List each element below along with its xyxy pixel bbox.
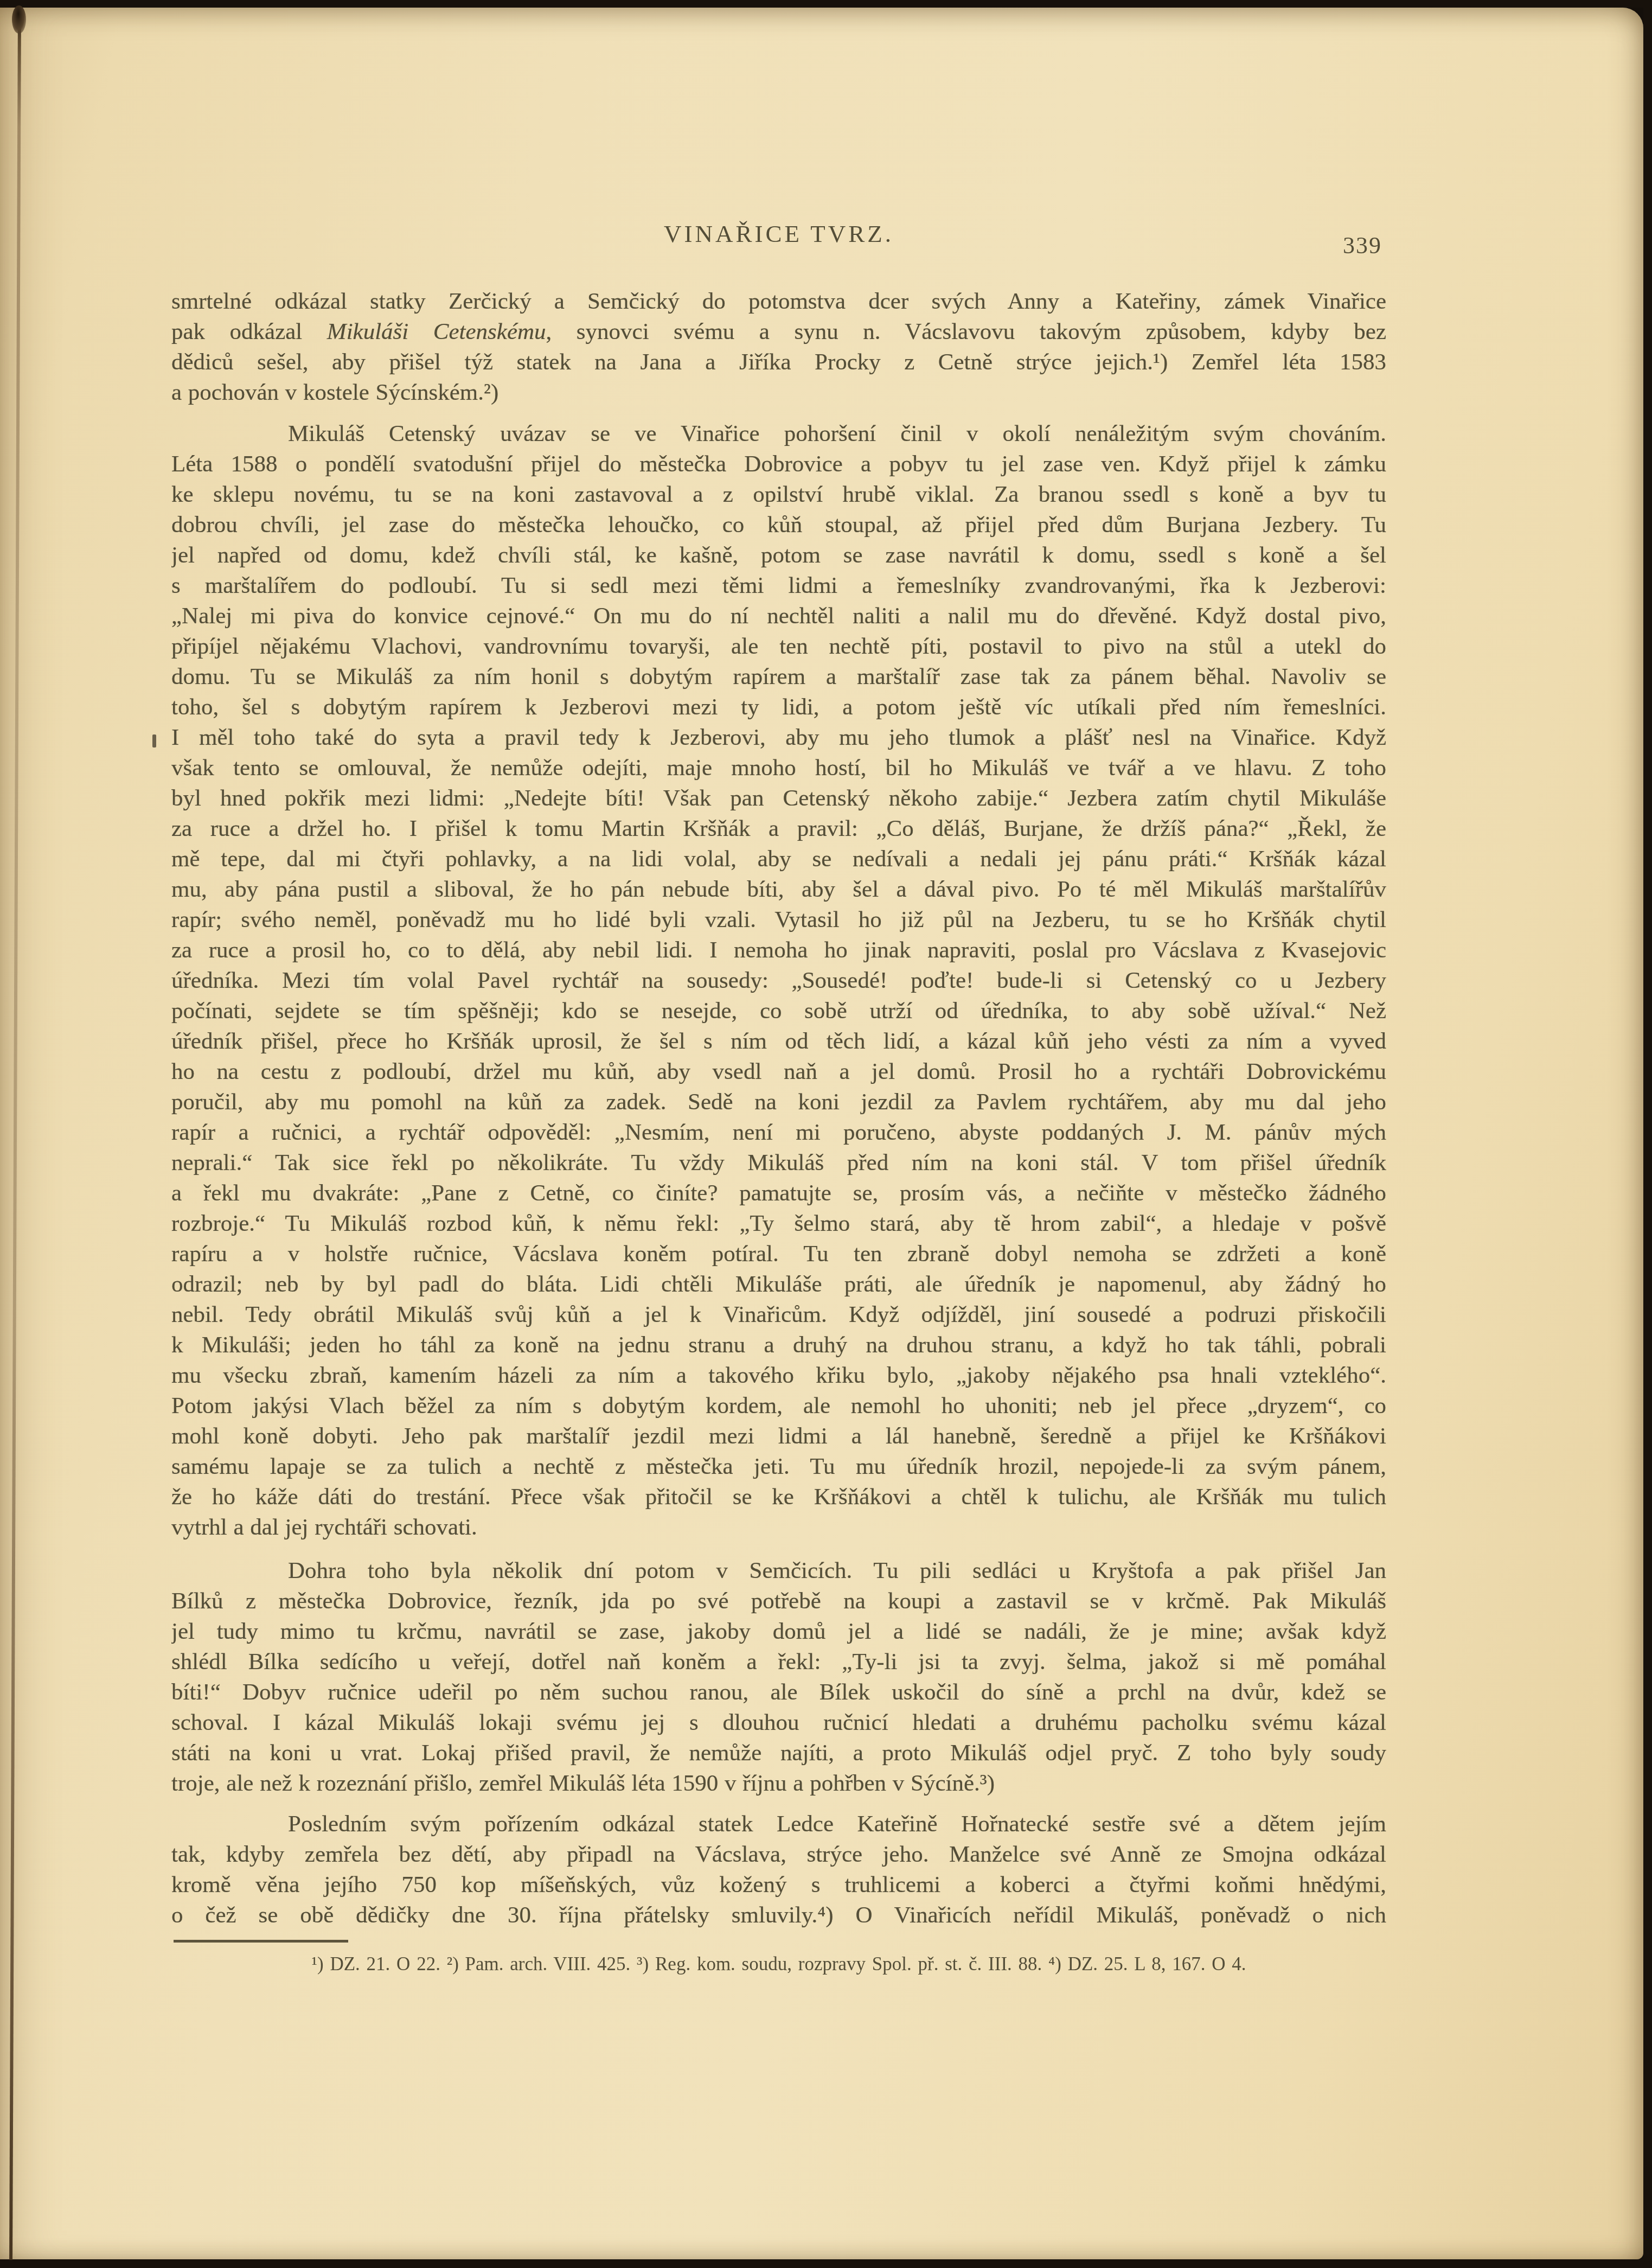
text-line: odrazil; neb by byl padl do bláta. Lidi … (171, 1269, 1386, 1300)
text-line: pak odkázal Mikuláši Cetenskému, synovci… (171, 317, 1386, 347)
text-line: smrtelné odkázal statky Zerčický a Semči… (171, 286, 1386, 317)
text-line: jel tudy mimo tu krčmu, navrátil se zase… (171, 1617, 1386, 1647)
text-line: tak, kdyby zemřela bez dětí, aby připadl… (171, 1839, 1386, 1870)
text-line: však tento se omlouval, že nemůže odejít… (171, 753, 1386, 783)
text-line: byl hned pokřik mezi lidmi: „Nedejte bít… (171, 783, 1386, 814)
italic-text: Mikuláši Cetenskému (327, 319, 546, 344)
scan-border-right (1643, 0, 1652, 2268)
text-line: o čež se obě dědičky dne 30. října přáte… (171, 1900, 1386, 1931)
text-line: úředník přišel, přece ho Kršňák uprosil,… (171, 1026, 1386, 1057)
text-line: rozbroje.“ Tu Mikuláš rozbod kůň, k němu… (171, 1209, 1386, 1239)
scanned-book-page: VINAŘICE TVRZ. 339 smrtelné odkázal stat… (0, 0, 1652, 2268)
text-line: připíjel nějakému Vlachovi, vandrovnímu … (171, 631, 1386, 662)
text-line: kromě věna jejího 750 kop míšeňských, vů… (171, 1870, 1386, 1900)
text-line: jel napřed od domu, kdež chvíli stál, ke… (171, 540, 1386, 571)
paragraph: smrtelné odkázal statky Zerčický a Semči… (171, 286, 1386, 408)
text-line: a řekl mu dvakráte: „Pane z Cetně, co či… (171, 1178, 1386, 1209)
text-line: k Mikuláši; jeden ho táhl za koně na jed… (171, 1330, 1386, 1360)
text-line: „Nalej mi piva do konvice cejnové.“ On m… (171, 601, 1386, 631)
text-line: schoval. I kázal Mikuláš lokaji svému je… (171, 1708, 1386, 1738)
text-line: samému lapaje se za tulich a nechtě z mě… (171, 1452, 1386, 1482)
text-line: dobrou chvíli, jel zase do městečka leho… (171, 510, 1386, 540)
text-line: nebil. Tedy obrátil Mikuláš svůj kůň a j… (171, 1300, 1386, 1330)
page-number: 339 (171, 231, 1382, 261)
text-line: rapír a ručnici, a rychtář odpověděl: „N… (171, 1117, 1386, 1148)
binding-fold-shadow (12, 5, 26, 34)
text-line: Mikuláš Cetenský uvázav se ve Vinařice p… (171, 419, 1386, 449)
text-line: toho, šel s dobytým rapírem k Jezberovi … (171, 692, 1386, 723)
footnote-rule (174, 1940, 348, 1943)
text-line: s marštalířem do podloubí. Tu si sedl me… (171, 571, 1386, 601)
text-line: počínati, sejdete se tím spěšněji; kdo s… (171, 996, 1386, 1026)
scan-border-bottom (0, 2259, 1652, 2268)
text-line: rapír; svého neměl, poněvadž mu ho lidé … (171, 905, 1386, 935)
text-line: I měl toho také do syta a pravil tedy k … (171, 723, 1386, 753)
paragraph: Dohra toho byla několik dní potom v Semč… (171, 1556, 1386, 1799)
text-line: Potom jakýsi Vlach běžel za ním s dobytý… (171, 1391, 1386, 1421)
text-line: za ruce a držel ho. I přišel k tomu Mart… (171, 814, 1386, 844)
text-line: troje, ale než k rozeznání přišlo, zemře… (171, 1768, 1386, 1799)
text-line: neprali.“ Tak sice řekl po několikráte. … (171, 1148, 1386, 1178)
text-line: Léta 1588 o pondělí svatodušní přijel do… (171, 449, 1386, 480)
print-artifact-mark (152, 734, 156, 748)
text-line: a pochován v kostele Sýcínském.²) (171, 378, 1386, 408)
text-line: mě tepe, dal mi čtyři pohlavky, a na lid… (171, 844, 1386, 874)
text-line: ho na cestu z podloubí, držel mu kůň, ab… (171, 1057, 1386, 1087)
text-line: vytrhl a dal jej rychtáři schovati. (171, 1512, 1386, 1543)
scan-border-top (0, 0, 1652, 8)
text-line: ke sklepu novému, tu se na koni zastavov… (171, 480, 1386, 510)
text-line: mohl koně dobyti. Jeho pak marštalíř jez… (171, 1421, 1386, 1452)
text-line: poručil, aby mu pomohl na kůň za zadek. … (171, 1087, 1386, 1117)
text-line: Posledním svým pořízením odkázal statek … (171, 1809, 1386, 1839)
footnote-text: ¹) DZ. 21. O 22. ²) Pam. arch. VIII. 425… (171, 1952, 1386, 1977)
text-line: úředníka. Mezi tím volal Pavel rychtář n… (171, 966, 1386, 996)
paragraph: Posledním svým pořízením odkázal statek … (171, 1809, 1386, 1931)
text-line: dědiců sešel, aby přišel týž statek na J… (171, 347, 1386, 378)
text-line: za ruce a prosil ho, co to dělá, aby neb… (171, 935, 1386, 966)
text-line: rapíru a v holstře ručnice, Vácslava kon… (171, 1239, 1386, 1269)
text-line: že ho káže dáti do trestání. Přece však … (171, 1482, 1386, 1512)
text-line: mu, aby pána pustil a sliboval, že ho pá… (171, 874, 1386, 905)
text-block: smrtelné odkázal statky Zerčický a Semči… (171, 286, 1386, 1931)
text-line: Dohra toho byla několik dní potom v Semč… (171, 1556, 1386, 1586)
text-line: Bílků z městečka Dobrovice, řezník, jda … (171, 1586, 1386, 1617)
text-line: domu. Tu se Mikuláš za ním honil s dobyt… (171, 662, 1386, 692)
text-line: státi na koni u vrat. Lokaj přišed pravi… (171, 1738, 1386, 1768)
paragraph: Mikuláš Cetenský uvázav se ve Vinařice p… (171, 419, 1386, 1543)
text-line: bíti!“ Dobyv ručnice udeřil po něm sucho… (171, 1677, 1386, 1708)
text-line: shlédl Bílka sedícího u veřejí, dotřel n… (171, 1647, 1386, 1677)
text-line: mu všecku zbraň, kamením házeli za ním a… (171, 1360, 1386, 1391)
